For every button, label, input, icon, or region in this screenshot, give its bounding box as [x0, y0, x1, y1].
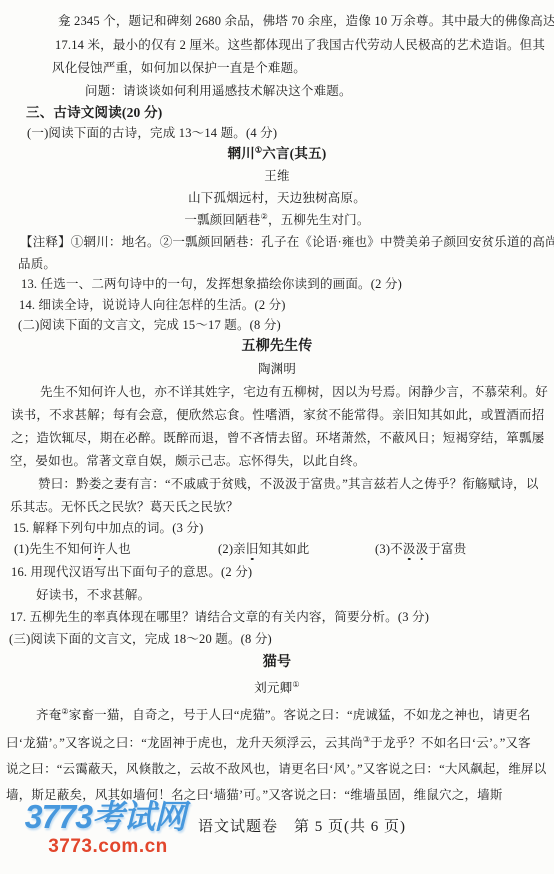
passage-line: 说之曰：“云霭蔽天，风倏散之，云故不敌风也，请更名曰‘风’。”又客说之曰：“大风…	[6, 762, 546, 776]
note-ref: ②	[61, 707, 68, 716]
poem-line: 一瓢颜回陋巷②，五柳先生对门。	[0, 213, 554, 227]
body-text-line: 风化侵蚀严重，如何加以保护一直是个难题。	[52, 61, 306, 75]
poem-line: 山下孤烟远村，天边独树高原。	[0, 191, 554, 205]
poem-title: 辋川①六言(其五)	[0, 146, 554, 162]
sub-question: (3)不汲汲于富贵	[375, 542, 466, 556]
passage-title: 五柳先生传	[0, 339, 554, 355]
passage-title: 猫号	[0, 655, 554, 671]
question-item: 15. 解释下列句中加点的词。(3 分)	[13, 521, 203, 535]
sub-question: (1)先生不知何许人也	[14, 542, 131, 556]
footer-paper-title: 语文试题卷	[198, 819, 278, 835]
passage-line: 空，晏如也。常著文章自娱，颇示己志。忘怀得失，以此自终。	[10, 454, 366, 468]
note-line: 【注释】①辋川：地名。②一瓢颜回陋巷：孔子在《论语·雍也》中赞美弟子颜回安贫乐道…	[20, 235, 554, 249]
footer-page-number: 第 5 页(共 6 页)	[294, 819, 406, 835]
subsection-heading: (三)阅读下面的文言文，完成 18～20 题。(8 分)	[9, 632, 272, 646]
subsection-heading: (一)阅读下面的古诗，完成 13～14 题。(4 分)	[27, 126, 277, 140]
poem-author: 王维	[0, 169, 554, 183]
page-footer: 语文试题卷第 5 页(共 6 页)	[198, 815, 406, 836]
passage-line: 齐奄②家畜一猫，自奇之，号于人曰“虎猫”。客说之曰：“虎诚猛，不如龙之神也，请更…	[36, 708, 531, 722]
note-ref: ①	[255, 146, 262, 155]
watermark: 3773考试网 3773.com.cn	[8, 800, 208, 856]
emphasized-char: 汲	[416, 542, 429, 556]
emphasized-char: 许	[93, 542, 106, 556]
quoted-sentence: 好读书，不求甚解。	[36, 588, 150, 602]
passage-line: 乐其志。无怀氏之民欤？葛天氏之民欤？	[10, 500, 239, 514]
watermark-site-name: 3773考试网	[8, 800, 202, 833]
question-item: 13. 任选一、二两句诗中的一句，发挥想象描绘你读到的画面。(2 分)	[21, 277, 402, 291]
question-item: 17. 五柳先生的率真体现在哪里？请结合文章的有关内容，简要分析。(3 分)	[10, 610, 429, 624]
note-ref: ②	[261, 212, 268, 221]
note-line: 品质。	[18, 257, 56, 271]
emphasized-char: 旧	[246, 542, 259, 556]
passage-author: 刘元卿①	[0, 681, 554, 695]
sub-question: (2)亲旧知其如此	[218, 542, 309, 556]
passage-line: 之；造饮辄尽，期在必醉。既醉而退，曾不吝情去留。环堵萧然，不蔽风日；短褐穿结，箪…	[11, 431, 544, 445]
question-item: 16. 用现代汉语写出下面句子的意思。(2 分)	[11, 565, 252, 579]
passage-line: 赞曰：黔娄之妻有言：“不戚戚于贫贱，不汲汲于富贵。”其言兹若人之俦乎？衔觞赋诗，…	[38, 477, 539, 491]
watermark-site-url: 3773.com.cn	[8, 837, 208, 856]
passage-line: 读书，不求甚解；每有会意，便欣然忘食。性嗜酒，家贫不能常得。亲旧知其如此，或置酒…	[11, 408, 544, 422]
emphasized-char: 汲	[403, 542, 416, 556]
subsection-heading: (二)阅读下面的文言文，完成 15～17 题。(8 分)	[18, 318, 281, 332]
passage-line: 曰‘龙猫’。”又客说之曰：“龙固神于虎也，龙升天须浮云，云其尚③于龙乎？不如名曰…	[6, 736, 531, 750]
exam-paper-page: 龛 2345 个，题记和碑刻 2680 余品，佛塔 70 余座，造像 10 万余…	[0, 0, 554, 874]
body-text-line: 17.14 米，最小的仅有 2 厘米。这些都体现出了我国古代劳动人民极高的艺术造…	[55, 38, 545, 52]
note-ref: ①	[292, 680, 299, 689]
body-text-line: 龛 2345 个，题记和碑刻 2680 余品，佛塔 70 余座，造像 10 万余…	[58, 14, 554, 28]
passage-line: 先生不知何许人也，亦不详其姓字，宅边有五柳树，因以为号焉。闲静少言，不慕荣利。好	[40, 385, 548, 399]
note-ref: ③	[363, 735, 370, 744]
passage-author: 陶渊明	[0, 362, 554, 376]
question-prompt: 问题：请谈谈如何利用遥感技术解决这个难题。	[85, 84, 352, 98]
question-item: 14. 细读全诗，说说诗人向往怎样的生活。(2 分)	[19, 298, 286, 312]
section-heading: 三、古诗文阅读(20 分)	[26, 105, 162, 121]
